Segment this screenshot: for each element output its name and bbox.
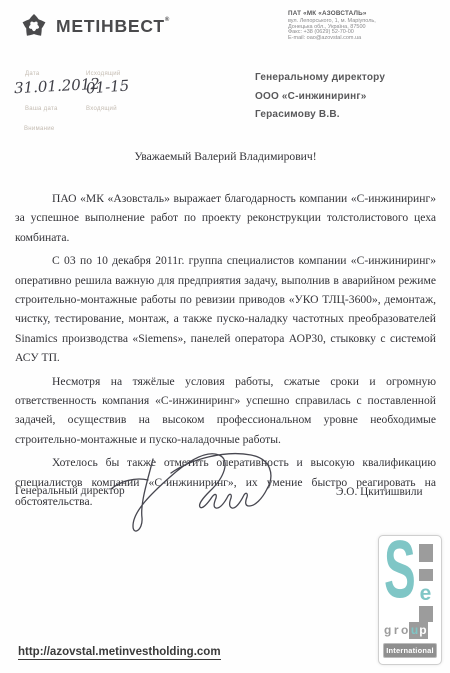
segroup-logo: S e group International <box>378 535 442 665</box>
recipient-position: Генеральному директору <box>255 69 385 88</box>
metinvest-logo-wordmark: МЕТІНВЕСТ® <box>56 16 169 37</box>
segroup-bar-top <box>419 544 433 562</box>
segroup-group-p: p <box>419 623 426 637</box>
paragraph-3: Несмотря на тяжёлые условия работы, сжат… <box>15 372 436 450</box>
footer-website-link[interactable]: http://azovstal.metinvestholding.com <box>18 646 221 660</box>
segroup-group-word: group <box>384 623 427 637</box>
paragraph-2: С 03 по 10 декабря 2011г. группа специал… <box>15 251 436 367</box>
recipient-block: Генеральному директору ООО «С-инжиниринг… <box>255 69 385 125</box>
handwritten-signature-icon <box>105 447 290 542</box>
your-date-label: Ваша дата <box>25 106 58 112</box>
segroup-group-gro: gro <box>384 623 411 637</box>
company-email: E-mail: oao@azovstal.com.ua <box>288 36 398 42</box>
registered-trademark-symbol: ® <box>165 17 169 23</box>
paragraph-1: ПАО «МК «Азовсталь» выражает благодарнос… <box>15 189 436 247</box>
incoming-number-label: Входящий <box>86 106 117 112</box>
scanned-letter-page: МЕТІНВЕСТ® ПАТ «МК «АЗОВСТАЛЬ» вул. Лепо… <box>0 0 450 673</box>
metinvest-flower-icon <box>19 11 49 41</box>
recipient-person: Герасимову В.В. <box>255 106 385 125</box>
recipient-company: ООО «С-инжиниринг» <box>255 88 385 107</box>
metinvest-logo-label: МЕТІНВЕСТ <box>56 16 165 36</box>
segroup-international-label: International <box>383 643 437 658</box>
segroup-letter-e-box: e <box>416 581 435 606</box>
segroup-group-u: u <box>411 623 419 637</box>
company-address-block: ПАТ «МК «АЗОВСТАЛЬ» вул. Лепорського, 1,… <box>288 10 398 41</box>
company-name: ПАТ «МК «АЗОВСТАЛЬ» <box>288 10 398 17</box>
outgoing-number-handwritten: 01-15 <box>85 77 129 98</box>
date-label: Дата <box>25 71 40 77</box>
salutation: Уважаемый Валерий Владимирович! <box>15 150 436 163</box>
segroup-letter-e: e <box>420 583 432 604</box>
signature-name: Э.О. Цкитишвили <box>336 486 423 498</box>
segroup-letter-s: S <box>384 529 416 611</box>
attention-label: Внимание <box>24 126 55 132</box>
